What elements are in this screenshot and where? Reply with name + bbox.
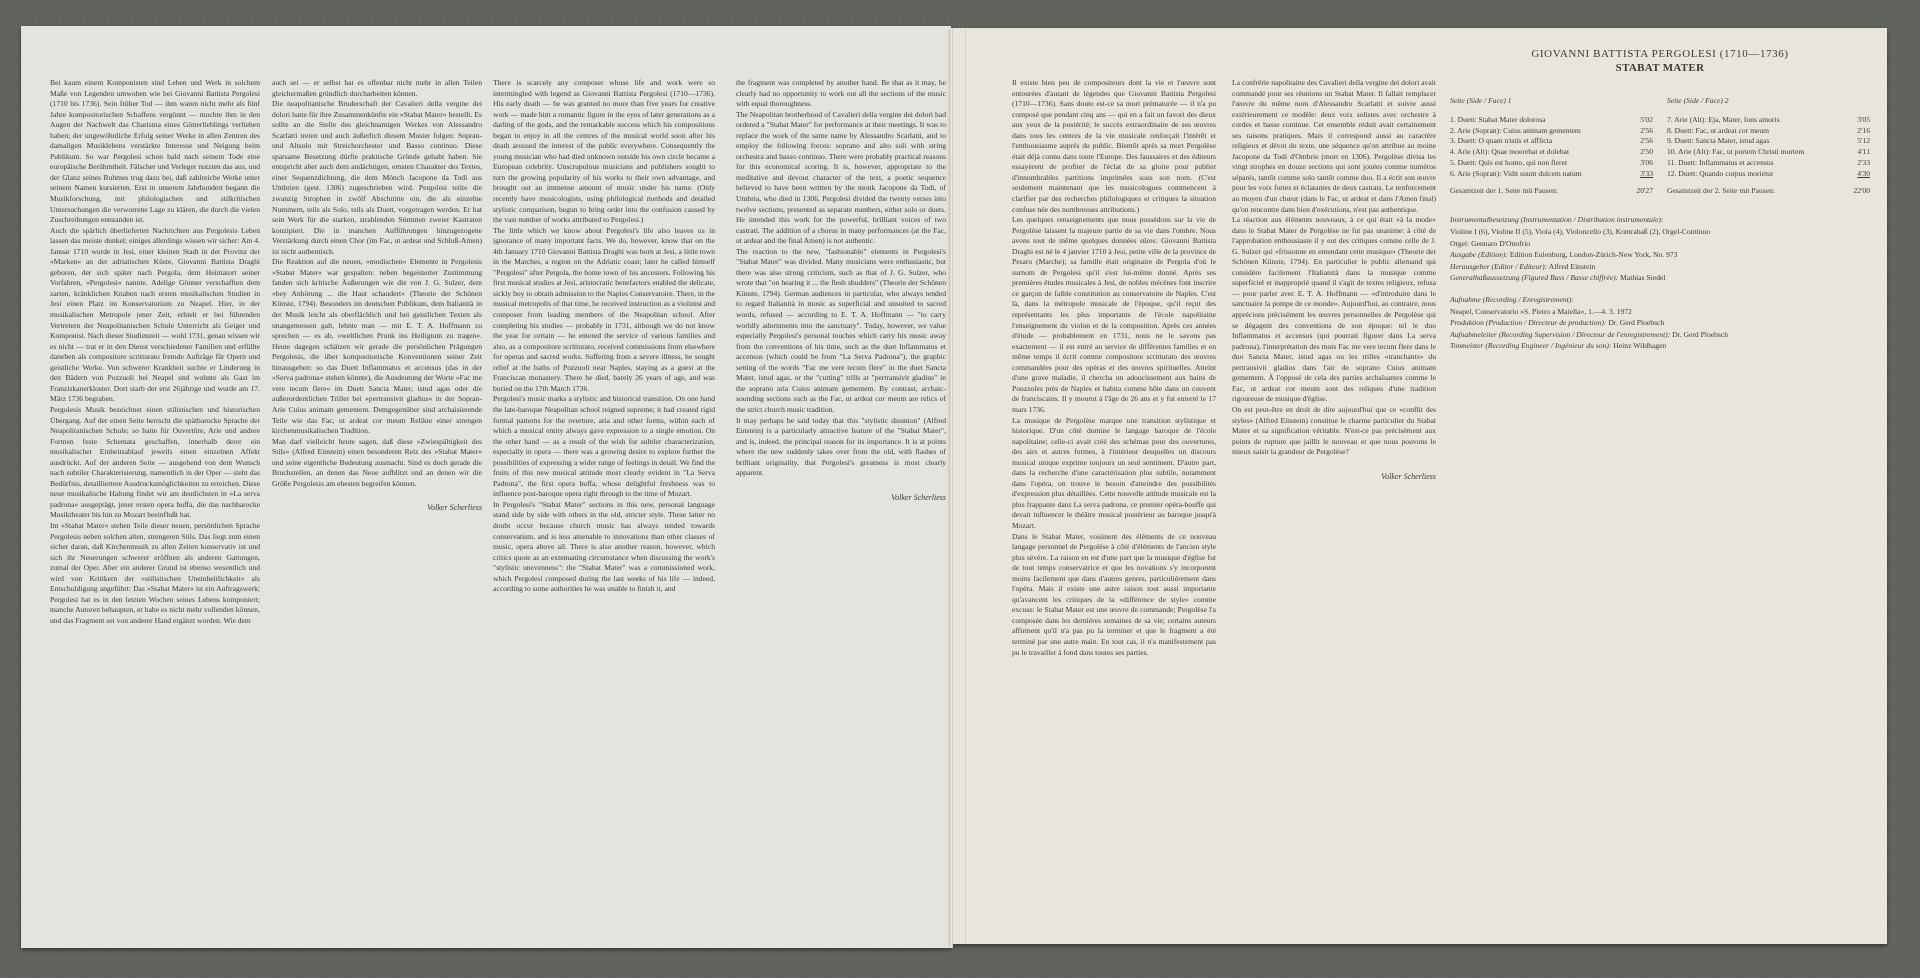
track-title: 4. Arie (Alt): Quae moerebat et dolebat xyxy=(1450,147,1569,158)
recording-engineer: Tonmeister (Recording Engineer / Ingénie… xyxy=(1450,340,1870,352)
composer-heading: GIOVANNI BATTISTA PERGOLESI (1710—1736) xyxy=(1450,48,1870,60)
track-title: 11. Duett: Inflammatus et accensus xyxy=(1667,158,1774,169)
paragraph: The reaction to the new, "fashionable" e… xyxy=(736,247,946,416)
edition: Ausgabe (Edition): Edition Eulenburg, Lo… xyxy=(1450,249,1870,261)
paragraph: Im »Stabat Mater« stehen Teile dieser ne… xyxy=(50,521,260,626)
paragraph: Il existe bien peu de compositeurs dont … xyxy=(1012,78,1216,215)
track-title: 10. Arie (Alt): Fac, ut portem Christi m… xyxy=(1667,147,1804,158)
track-duration: 2'16 xyxy=(1846,126,1870,137)
essay-english-column-1: There is scarcely any composer whose lif… xyxy=(493,78,715,595)
essay-french-column-2: La confrérie napolitaine des Cavalieri d… xyxy=(1232,78,1436,482)
track-row: 2. Arie (Sopran): Cuius animam gementem2… xyxy=(1450,126,1653,137)
track-row: 8. Duett: Fac, ut ardeat cor meum2'16 xyxy=(1667,126,1870,137)
author-signature: Volker Scherliess xyxy=(272,503,482,514)
track-title: 6. Arie (Sopran): Vidit suum dulcem natu… xyxy=(1450,169,1582,180)
total-label: Gesamtzeit der 1. Seite mit Pausen: xyxy=(1450,186,1558,197)
paragraph: It may perhaps be said today that this "… xyxy=(736,416,946,479)
paragraph: Die Reaktion auf die neuen, »modischen« … xyxy=(272,257,482,436)
track-title: 7. Arie (Alt): Eja, Mater, fons amoris xyxy=(1667,115,1780,126)
track-title: 2. Arie (Sopran): Cuius animam gementem xyxy=(1450,126,1581,137)
editor: Herausgeber (Editor / Editeur): Alfred E… xyxy=(1450,261,1870,273)
recording-venue: Neapel, Conservatorio »S. Pietro a Maiel… xyxy=(1450,306,1870,318)
paragraph: The little which we know about Pergolesi… xyxy=(493,226,715,395)
essay-german-column-2: auch sei — er selbst hat es offenbar nic… xyxy=(272,78,482,514)
instrumentation-label: Instrumentalbesetzung (Instrumentation /… xyxy=(1450,214,1870,226)
track-title: 1. Duett: Stabat Mater dolorosa xyxy=(1450,115,1546,126)
track-row: 7. Arie (Alt): Eja, Mater, fons amoris3'… xyxy=(1667,115,1870,126)
track-listing: Seite (Side / Face) 1 1. Duett: Stabat M… xyxy=(1450,96,1870,196)
track-title: 8. Duett: Fac, ut ardeat cor meum xyxy=(1667,126,1769,137)
total-label: Gesamtzeit der 2. Seite mit Pausen: xyxy=(1667,186,1775,197)
essay-german-column-1: Bei kaum einem Komponisten sind Leben un… xyxy=(50,78,260,626)
track-duration: 5'02 xyxy=(1629,115,1653,126)
credits: Instrumentalbesetzung (Instrumentation /… xyxy=(1450,214,1870,352)
track-duration: 3'06 xyxy=(1629,158,1653,169)
track-row: 1. Duett: Stabat Mater dolorosa5'02 xyxy=(1450,115,1653,126)
track-row: 9. Duett: Sancta Mater, istud agas5'12 xyxy=(1667,136,1870,147)
paragraph: La réaction aux éléments nouveaux, à ce … xyxy=(1232,215,1436,405)
recording-label: Aufnahme (Recording / Enregistrement): xyxy=(1450,294,1870,306)
paragraph: Pergolesi's music marks a stylistic and … xyxy=(493,394,715,499)
track-duration: 2'33 xyxy=(1846,158,1870,169)
page-seam xyxy=(950,28,953,948)
author-signature: Volker Scherliess xyxy=(736,493,946,504)
track-row: 3. Duett: O quam tristis et afflicta2'56 xyxy=(1450,136,1653,147)
recording-supervision: Aufnahmeleiter (Recording Supervision / … xyxy=(1450,329,1870,341)
track-row: 10. Arie (Alt): Fac, ut portem Christi m… xyxy=(1667,147,1870,158)
paragraph: In Pergolesi's "Stabat Mater" sections i… xyxy=(493,500,715,595)
album-info: GIOVANNI BATTISTA PERGOLESI (1710—1736) … xyxy=(1450,46,1870,352)
total-time: 20'27 xyxy=(1636,186,1653,197)
instrumentation: Violine I (6), Violine II (5), Viola (4)… xyxy=(1450,226,1870,238)
side-title: Seite (Side / Face) 2 xyxy=(1667,96,1870,107)
track-title: 9. Duett: Sancta Mater, istud agas xyxy=(1667,136,1769,147)
track-title: 3. Duett: O quam tristis et afflicta xyxy=(1450,136,1552,147)
paragraph: Man darf vielleicht heute sagen, daß die… xyxy=(272,437,482,490)
side-total: Gesamtzeit der 1. Seite mit Pausen:20'27 xyxy=(1450,186,1653,197)
track-duration: 3'05 xyxy=(1846,115,1870,126)
track-row: 5. Duett: Quis est homo, qui non fleret3… xyxy=(1450,158,1653,169)
paragraph: Bei kaum einem Komponisten sind Leben un… xyxy=(50,78,260,226)
paragraph: On est peut-être en droit de dire aujour… xyxy=(1232,405,1436,458)
track-duration: 2'56 xyxy=(1629,136,1653,147)
track-title: 5. Duett: Quis est homo, qui non fleret xyxy=(1450,158,1567,169)
side-2: Seite (Side / Face) 2 7. Arie (Alt): Eja… xyxy=(1667,96,1870,196)
track-title: 12. Duett: Quando corpus morietur xyxy=(1667,169,1774,180)
total-time: 22'00 xyxy=(1853,186,1870,197)
track-duration: 3'33 xyxy=(1629,169,1653,180)
figured-bass: Generalbaßaussetzung (Figured Bass / Bas… xyxy=(1450,272,1870,284)
author-signature: Volker Scherliess xyxy=(1232,472,1436,483)
track-row: 4. Arie (Alt): Quae moerebat et dolebat2… xyxy=(1450,147,1653,158)
track-duration: 2'50 xyxy=(1629,147,1653,158)
paragraph: auch sei — er selbst hat es offenbar nic… xyxy=(272,78,482,99)
paragraph: the fragment was completed by another ha… xyxy=(736,78,946,110)
side-1: Seite (Side / Face) 1 1. Duett: Stabat M… xyxy=(1450,96,1653,196)
track-duration: 5'12 xyxy=(1846,136,1870,147)
track-duration: 2'56 xyxy=(1629,126,1653,137)
page-fold xyxy=(965,28,966,944)
track-duration: 4'30 xyxy=(1846,169,1870,180)
paragraph: The Neapolitan brotherhood of Cavalieri … xyxy=(736,110,946,247)
track-row: 6. Arie (Sopran): Vidit suum dulcem natu… xyxy=(1450,169,1653,180)
essay-english-column-2: the fragment was completed by another ha… xyxy=(736,78,946,503)
paragraph: Pergolesis Musik bezeichnet einen stilis… xyxy=(50,405,260,521)
paragraph: La confrérie napolitaine des Cavalieri d… xyxy=(1232,78,1436,215)
paragraph: There is scarcely any composer whose lif… xyxy=(493,78,715,226)
paragraph: Auch die spärlich überlieferten Nachrich… xyxy=(50,226,260,405)
track-duration: 4'11 xyxy=(1846,147,1870,158)
paragraph: La musique de Pergolèse marque une trans… xyxy=(1012,416,1216,532)
paragraph: Dans le Stabat Mater, voisinent des élém… xyxy=(1012,532,1216,659)
paragraph: Die neapolitanische Bruderschaft der Cav… xyxy=(272,99,482,257)
side-total: Gesamtzeit der 2. Seite mit Pausen:22'00 xyxy=(1667,186,1870,197)
work-title: STABAT MATER xyxy=(1450,62,1870,74)
track-row: 11. Duett: Inflammatus et accensus2'33 xyxy=(1667,158,1870,169)
essay-french-column-1: Il existe bien peu de compositeurs dont … xyxy=(1012,78,1216,658)
side-title: Seite (Side / Face) 1 xyxy=(1450,96,1653,107)
production: Produktion (Production / Directeur de pr… xyxy=(1450,317,1870,329)
organist: Orgel: Gennaro D'Onofrio xyxy=(1450,238,1870,250)
track-row: 12. Duett: Quando corpus morietur4'30 xyxy=(1667,169,1870,180)
paragraph: Les quelques renseignements que nous pos… xyxy=(1012,215,1216,415)
